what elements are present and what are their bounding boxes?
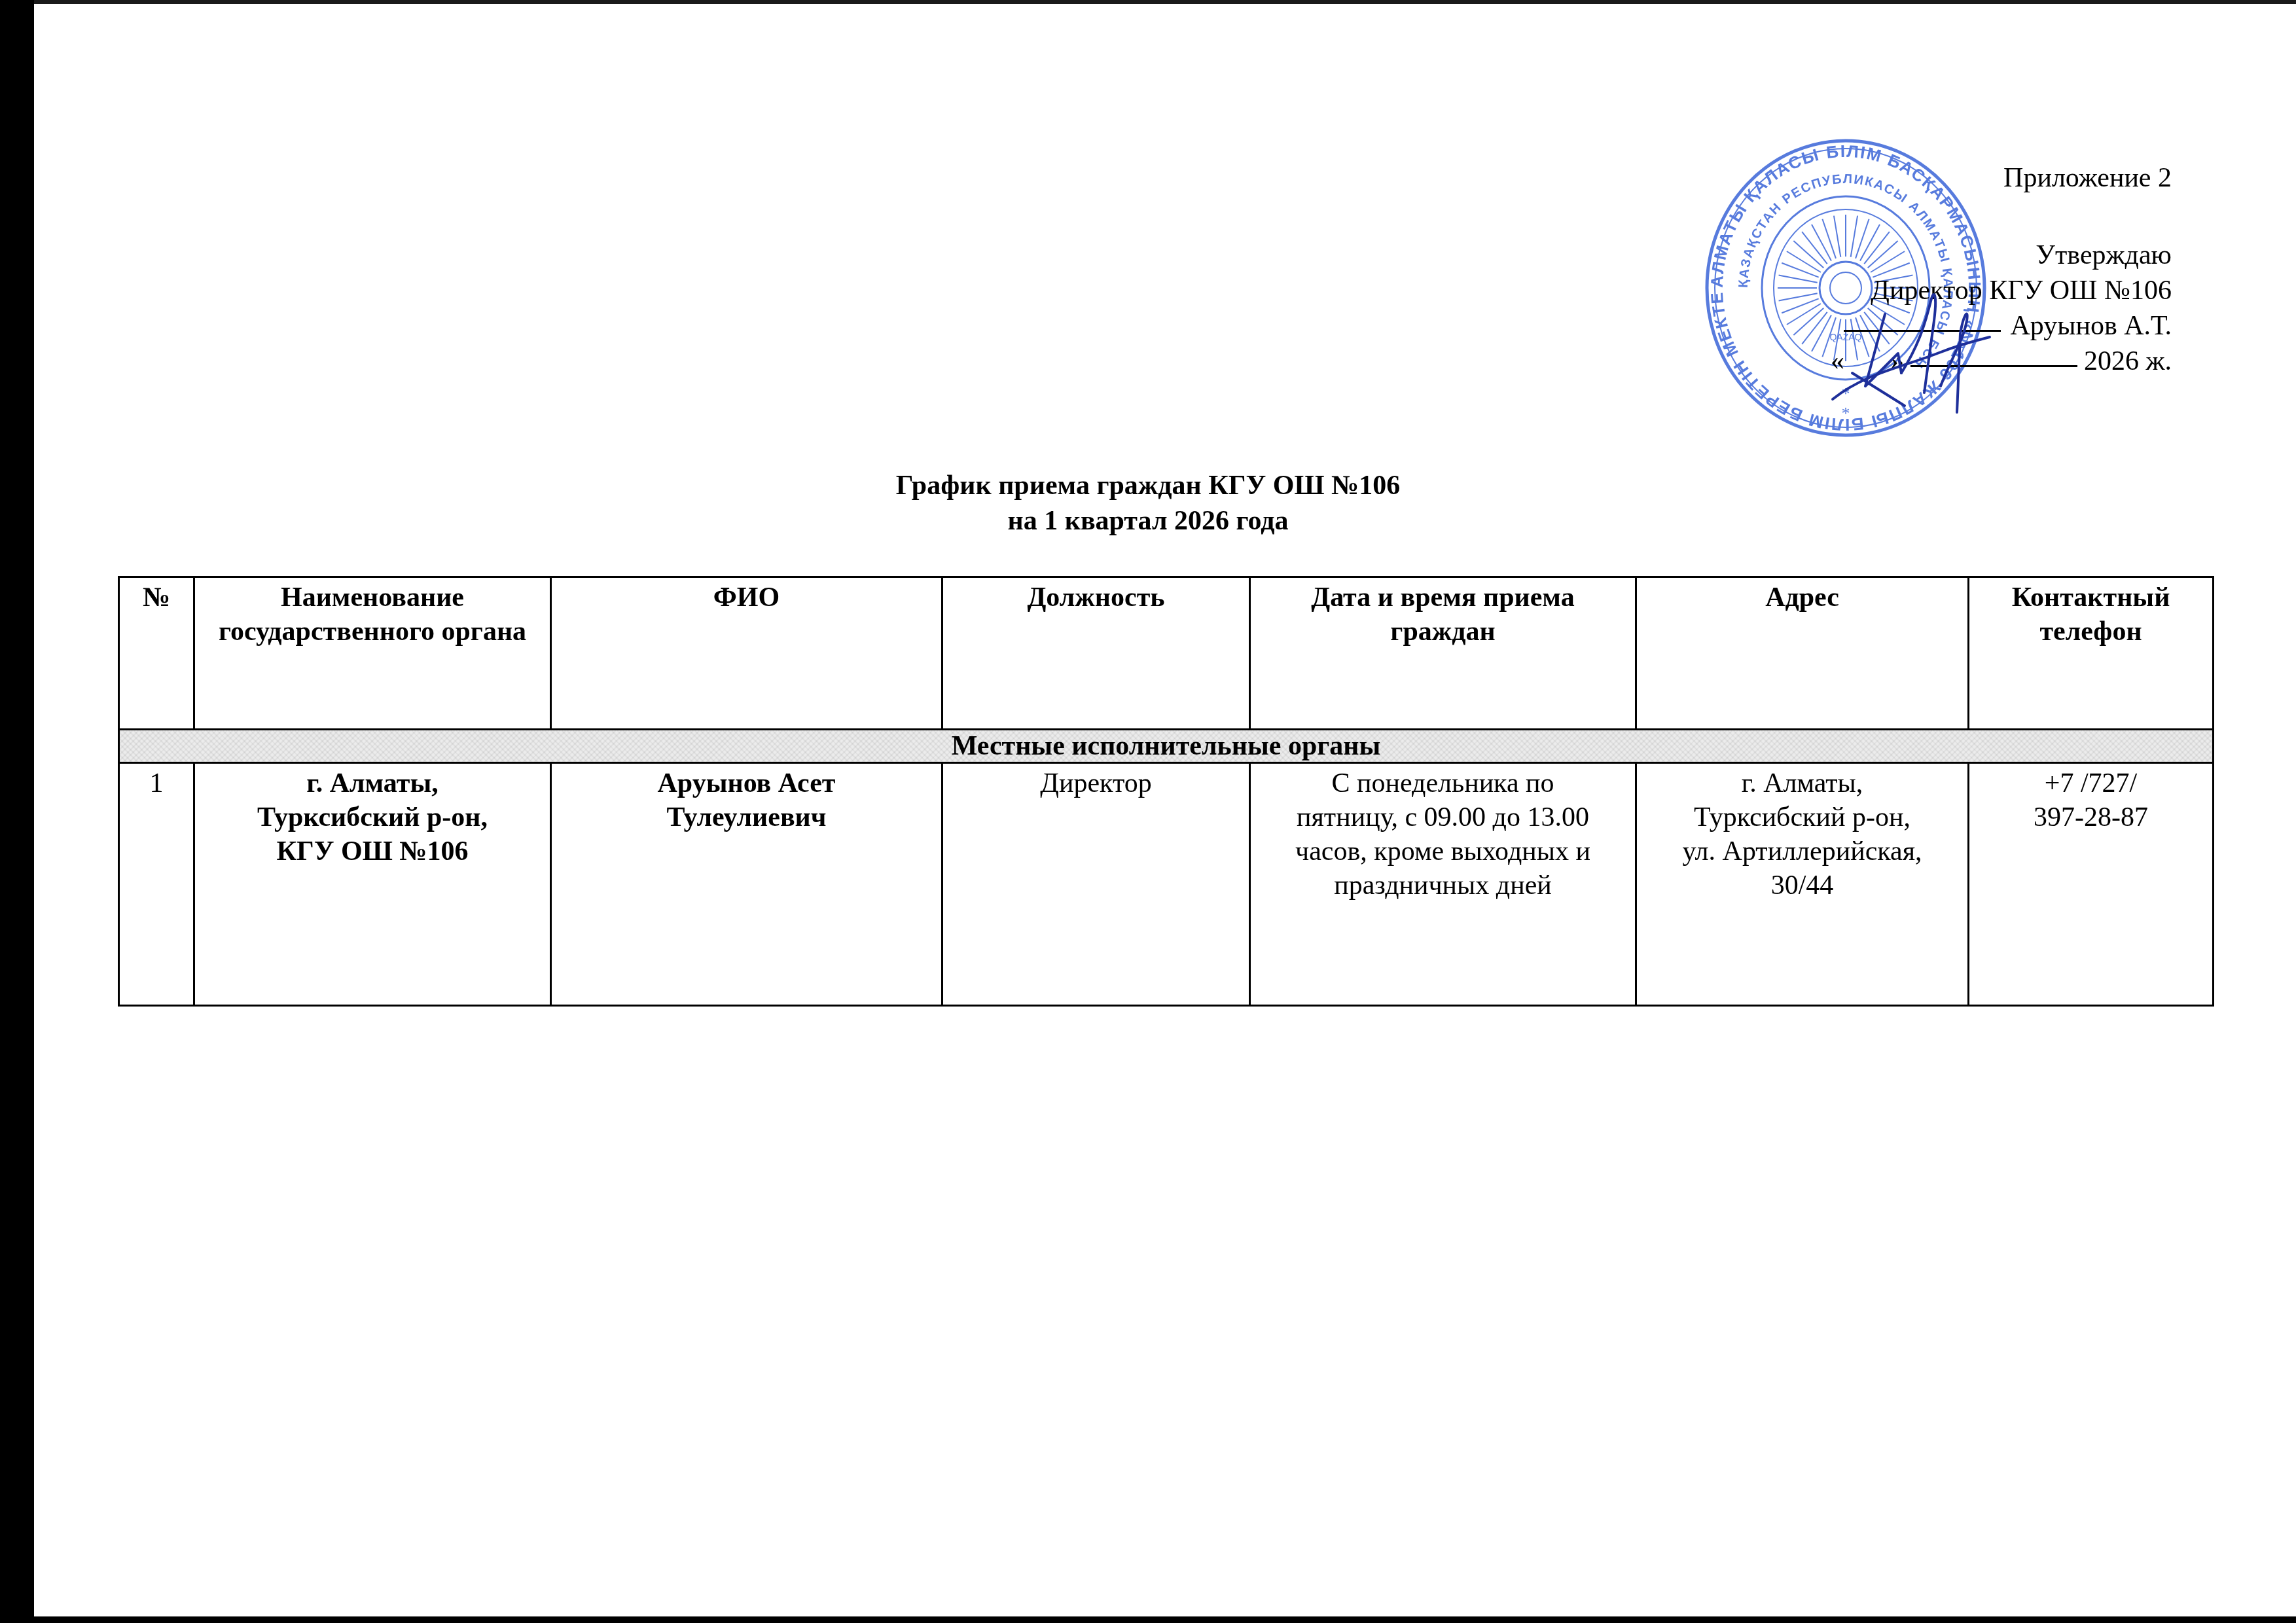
header-phone: Контактный телефон xyxy=(1969,577,2214,730)
section-label: Местные исполнительные органы xyxy=(119,730,2214,763)
section-row: Местные исполнительные органы xyxy=(119,730,2214,763)
approval-year: 2026 ж. xyxy=(2084,346,2172,376)
signature-icon xyxy=(1826,275,2009,432)
table-row: 1 г. Алматы, Турксибский р-он, КГУ ОШ №1… xyxy=(119,763,2214,1006)
document-title: График приема граждан КГУ ОШ №106 на 1 к… xyxy=(0,468,2296,539)
approve-label: Утверждаю xyxy=(1713,238,2172,273)
title-line-2: на 1 квартал 2026 года xyxy=(0,503,2296,539)
header-number: № xyxy=(119,577,194,730)
reception-schedule-table: № Наименование государственного органа Ф… xyxy=(118,576,2214,1007)
header-address: Адрес xyxy=(1636,577,1969,730)
scan-border-top xyxy=(34,0,2296,4)
cell-address: г. Алматы, Турксибский р-он, ул. Артилле… xyxy=(1636,763,1969,1006)
header-organ: Наименование государственного органа xyxy=(194,577,551,730)
header-full-name: ФИО xyxy=(551,577,942,730)
cell-reception-time: С понедельника по пятницу, с 09.00 до 13… xyxy=(1250,763,1636,1006)
scan-border-bottom xyxy=(0,1616,2296,1623)
appendix-label: Приложение 2 xyxy=(1713,160,2172,196)
cell-position: Директор xyxy=(942,763,1250,1006)
cell-number: 1 xyxy=(119,763,194,1006)
table-header-row: № Наименование государственного органа Ф… xyxy=(119,577,2214,730)
scan-border-left xyxy=(0,0,34,1623)
header-reception-time: Дата и время приема граждан xyxy=(1250,577,1636,730)
approver-name: Аруынов А.Т. xyxy=(2010,311,2172,341)
cell-full-name: Аруынов Асет Тулеулиевич xyxy=(551,763,942,1006)
cell-organ: г. Алматы, Турксибский р-он, КГУ ОШ №106 xyxy=(194,763,551,1006)
cell-phone: +7 /727/ 397-28-87 xyxy=(1969,763,2214,1006)
title-line-1: График приема граждан КГУ ОШ №106 xyxy=(0,468,2296,503)
header-position: Должность xyxy=(942,577,1250,730)
